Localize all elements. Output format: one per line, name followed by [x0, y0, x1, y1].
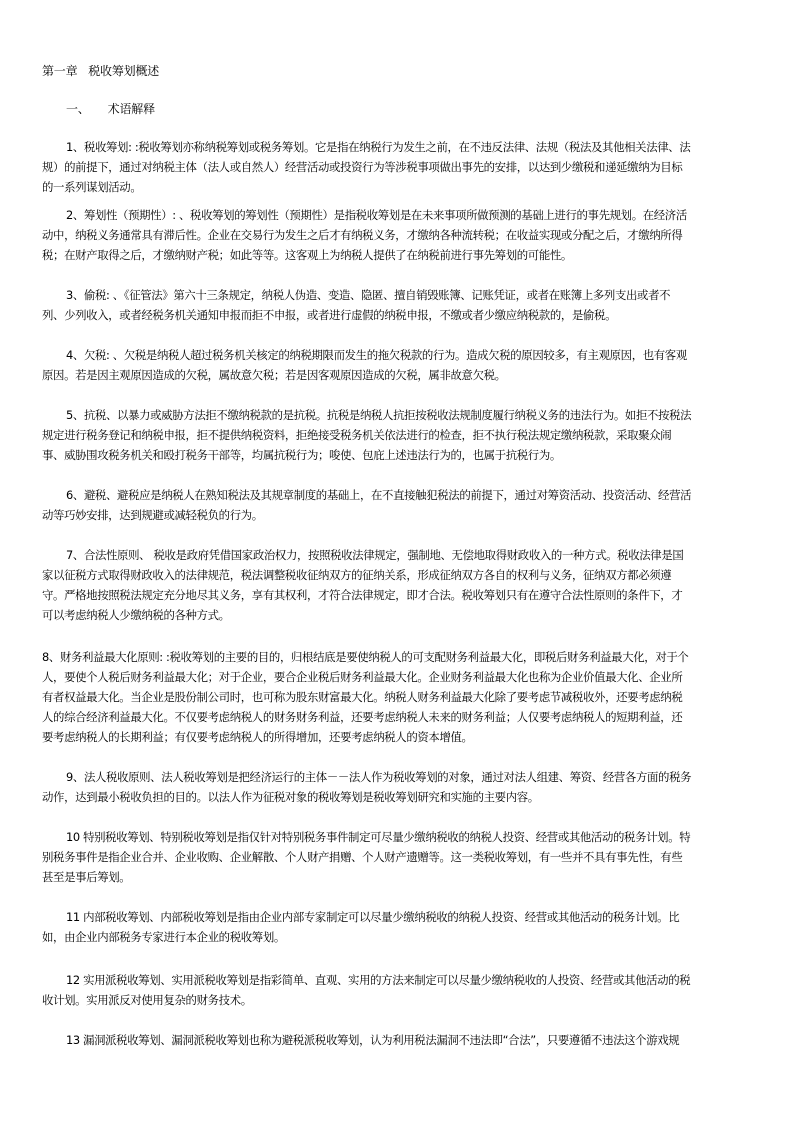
paragraph-line: 2、筹划性（预期性）: 、税收筹划的筹划性（预期性）是指税收筹划是在未来事项所做…: [42, 205, 782, 225]
paragraph-line: 11 内部税收筹划、内部税收筹划是指由企业内部专家制定可以尽量少缴纳税收的纳税人…: [42, 907, 782, 927]
paragraph-line: 原因。若是因主观原因造成的欠税，属故意欠税；若是因客观原因造成的欠税，属非故意欠…: [42, 365, 782, 385]
paragraph-line: 要考虑纳税人的长期利益；有仅要考虑纳税人的所得增加，还要考虑纳税人的资本增值。: [42, 727, 782, 747]
paragraph-line: 税；在财产取得之后，才缴纳财产税；如此等等。这客观上为纳税人提供了在纳税前进行事…: [42, 245, 782, 265]
paragraph-line: 规定进行税务登记和纳税申报，拒不提供纳税资料，拒绝接受税务机关依法进行的检查，拒…: [42, 425, 782, 445]
paragraph-term-2: 2、筹划性（预期性）: 、税收筹划的筹划性（预期性）是指税收筹划是在未来事项所做…: [42, 205, 782, 265]
paragraph-line: 事、威胁围攻税务机关和殴打税务干部等，均属抗税行为；唆使、包庇上述违法行为的，也…: [42, 445, 782, 465]
paragraph-line: 家以征税方式取得财政收入的法律规范，税法调整税收征纳双方的征纳关系，形成征纳双方…: [42, 565, 782, 585]
paragraph-term-7: 7、合法性原则、 税收是政府凭借国家政治权力，按照税收法律规定，强制地、无偿地取…: [42, 545, 782, 625]
paragraph-line: 甚至是事后筹划。: [42, 867, 782, 887]
paragraph-line: 10 特别税收筹划、特别税收筹划是指仅针对特别税务事件制定可尽量少缴纳税收的纳税…: [42, 827, 782, 847]
paragraph-term-3: 3、偷税: 、《征管法》第六十三条规定，纳税人伪造、变造、隐匿、擅自销毁账簿、记…: [42, 285, 782, 325]
paragraph-term-4: 4、欠税: 、欠税是纳税人超过税务机关核定的纳税期限而发生的拖欠税款的行为。造成…: [42, 345, 782, 385]
paragraph-line: 9、法人税收原则、法人税收筹划是把经济运行的主体－－法人作为税收筹划的对象，通过…: [42, 767, 782, 787]
paragraph-line: 13 漏洞派税收筹划、漏洞派税收筹划也称为避税派税收筹划，认为利用税法漏洞不违法…: [42, 1030, 782, 1050]
paragraph-term-13: 13 漏洞派税收筹划、漏洞派税收筹划也称为避税派税收筹划，认为利用税法漏洞不违法…: [42, 1030, 782, 1050]
paragraph-line: 如，由企业内部税务专家进行本企业的税收筹划。: [42, 927, 782, 947]
paragraph-line: 别税务事件是指企业合并、企业收购、企业解散、个人财产捐赠、个人财产遗赠等。这一类…: [42, 847, 782, 867]
paragraph-line: 6、避税、避税应是纳税人在熟知税法及其规章制度的基础上，在不直接触犯税法的前提下…: [42, 485, 782, 505]
paragraph-line: 7、合法性原则、 税收是政府凭借国家政治权力，按照税收法律规定，强制地、无偿地取…: [42, 545, 782, 565]
paragraph-line: 人，要使个人税后财务利益最大化；对于企业，要合企业税后财务利益最大化。企业财务利…: [42, 667, 782, 687]
paragraph-line: 1、税收筹划: :税收筹划亦称纳税筹划或税务筹划。它是指在纳税行为发生之前，在不…: [42, 137, 782, 157]
paragraph-line: 规）的前提下，通过对纳税主体（法人或自然人）经营活动或投资行为等涉税事项做出事先…: [42, 157, 782, 177]
paragraph-line: 可以考虑纳税人少缴纳税的各种方式。: [42, 605, 782, 625]
paragraph-line: 列、少列收入，或者经税务机关通知申报而拒不申报，或者进行虚假的纳税申报，不缴或者…: [42, 305, 782, 325]
paragraph-term-5: 5、抗税、以暴力或威胁方法拒不缴纳税款的是抗税。抗税是纳税人抗拒按税收法规制度履…: [42, 405, 782, 465]
paragraph-line: 动作，达到最小税收负担的目的。以法人作为征税对象的税收筹划是税收筹划研究和实施的…: [42, 787, 782, 807]
paragraph-line: 守。严格地按照税法规定充分地尽其义务，享有其权利，才符合法律规定，即才合法。税收…: [42, 585, 782, 605]
paragraph-line: 收计划。实用派反对使用复杂的财务技术。: [42, 990, 782, 1010]
paragraph-line: 5、抗税、以暴力或威胁方法拒不缴纳税款的是抗税。抗税是纳税人抗拒按税收法规制度履…: [42, 405, 782, 425]
paragraph-line: 12 实用派税收筹划、实用派税收筹划是指彩简单、直观、实用的方法来制定可以尽量少…: [42, 970, 782, 990]
paragraph-term-8: 8、财务利益最大化原则: :税收筹划的主要的目的，归根结底是要使纳税人的可支配财…: [42, 647, 782, 747]
paragraph-term-9: 9、法人税收原则、法人税收筹划是把经济运行的主体－－法人作为税收筹划的对象，通过…: [42, 767, 782, 807]
paragraph-term-6: 6、避税、避税应是纳税人在熟知税法及其规章制度的基础上，在不直接触犯税法的前提下…: [42, 485, 782, 525]
paragraph-line: 3、偷税: 、《征管法》第六十三条规定，纳税人伪造、变造、隐匿、擅自销毁账簿、记…: [42, 285, 782, 305]
paragraph-line: 4、欠税: 、欠税是纳税人超过税务机关核定的纳税期限而发生的拖欠税款的行为。造成…: [42, 345, 782, 365]
paragraph-line: 8、财务利益最大化原则: :税收筹划的主要的目的，归根结底是要使纳税人的可支配财…: [42, 647, 782, 667]
paragraph-term-1: 1、税收筹划: :税收筹划亦称纳税筹划或税务筹划。它是指在纳税行为发生之前，在不…: [42, 137, 782, 197]
paragraph-line: 的一系列谋划活动。: [42, 177, 782, 197]
paragraph-term-10: 10 特别税收筹划、特别税收筹划是指仅针对特别税务事件制定可尽量少缴纳税收的纳税…: [42, 827, 782, 887]
paragraph-line: 有者权益最大化。当企业是股份制公司时，也可称为股东财富最大化。纳税人财务利益最大…: [42, 687, 782, 707]
section-heading: 一、 术语解释: [66, 101, 155, 117]
paragraph-line: 动等巧妙安排，达到规避或减轻税负的行为。: [42, 505, 782, 525]
chapter-title: 第一章 税收筹划概述: [42, 63, 159, 79]
document-page: 第一章 税收筹划概述 一、 术语解释 1、税收筹划: :税收筹划亦称纳税筹划或税…: [0, 0, 794, 1123]
paragraph-line: 动中，纳税义务通常具有滞后性。企业在交易行为发生之后才有纳税义务，才缴纳各种流转…: [42, 225, 782, 245]
paragraph-term-11: 11 内部税收筹划、内部税收筹划是指由企业内部专家制定可以尽量少缴纳税收的纳税人…: [42, 907, 782, 947]
paragraph-line: 人的综合经济利益最大化。不仅要考虑纳税人的财务财务利益，还要考虑纳税人未来的财务…: [42, 707, 782, 727]
paragraph-term-12: 12 实用派税收筹划、实用派税收筹划是指彩简单、直观、实用的方法来制定可以尽量少…: [42, 970, 782, 1010]
